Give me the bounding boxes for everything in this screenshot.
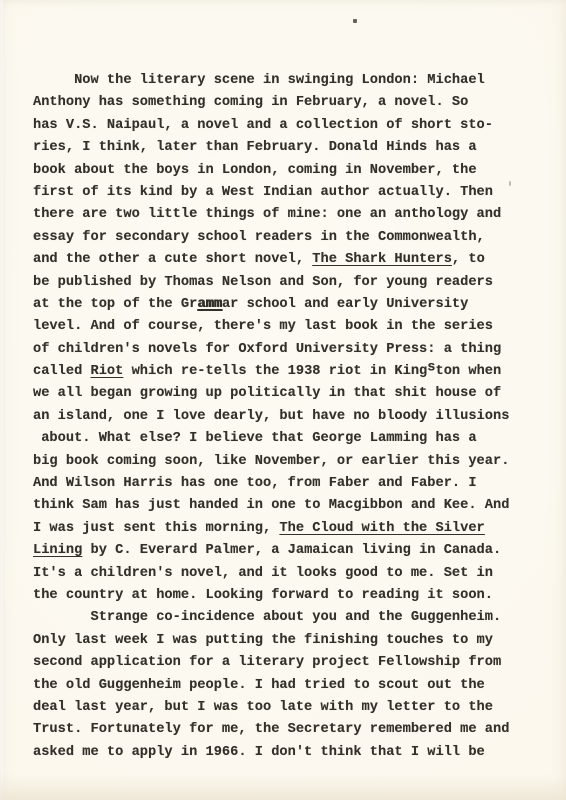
text-line: asked me to apply in 1966. I don't think… [33, 742, 552, 764]
text-line: Strange co-incidence about you and the G… [33, 607, 552, 629]
text-line: first of its kind by a West Indian autho… [33, 182, 552, 204]
text-line: Only last week I was putting the finishi… [33, 630, 552, 652]
text-segment: It's a children's novel, and it looks go… [33, 566, 493, 581]
text-line: book about the boys in London, coming in… [33, 160, 552, 182]
text-segment: be published by Thomas Nelson and Son, f… [33, 275, 493, 290]
text-segment: book about the boys in London, coming in… [33, 163, 477, 178]
text-line: Anthony has something coming in February… [33, 92, 552, 114]
text-segment: of children's novels for Oxford Universi… [33, 342, 501, 357]
text-segment: at the top of the Gr [33, 297, 197, 312]
text-line: deal last year, but I was too late with … [33, 697, 552, 719]
underlined-book-title: The Cloud with the Silver [279, 521, 484, 536]
overstruck-text: amm [197, 297, 222, 312]
text-line: level. And of course, there's my last bo… [33, 316, 552, 338]
text-line: an island, one I love dearly, but have n… [33, 406, 552, 428]
text-line: the country at home. Looking forward to … [33, 585, 552, 607]
text-segment: Trust. Fortunately for me, the Secretary… [33, 722, 509, 737]
text-line: Now the literary scene in swinging Londo… [33, 70, 552, 92]
text-line: called Riot which re-tells the 1938 riot… [33, 361, 552, 383]
text-line: Lining by C. Everard Palmer, a Jamaican … [33, 540, 552, 562]
text-segment: by C. Everard Palmer, a Jamaican living … [82, 543, 501, 558]
text-line: and the other a cute short novel, The Sh… [33, 249, 552, 271]
text-line: has V.S. Naipaul, a novel and a collecti… [33, 115, 552, 137]
underlined-book-title: Lining [33, 543, 82, 558]
text-line: It's a children's novel, and it looks go… [33, 563, 552, 585]
text-segment: ar school and early University [222, 297, 468, 312]
text-segment: Anthony has something coming in February… [33, 95, 468, 110]
text-segment: think Sam has just handed in one to Macg… [33, 498, 509, 513]
text-segment: essay for secondary school readers in th… [33, 230, 485, 245]
text-line: we all began growing up politically in t… [33, 383, 552, 405]
text-segment: called [33, 364, 91, 379]
text-segment: Now the literary scene in swinging Londo… [33, 73, 485, 88]
text-line: be published by Thomas Nelson and Son, f… [33, 272, 552, 294]
text-segment: Only last week I was putting the finishi… [33, 633, 493, 648]
text-line: essay for secondary school readers in th… [33, 227, 552, 249]
text-segment: big book coming soon, like November, or … [33, 454, 509, 469]
text-segment: ries, I think, later than February. Dona… [33, 140, 477, 155]
text-line: big book coming soon, like November, or … [33, 451, 552, 473]
letter-body: Now the literary scene in swinging Londo… [33, 70, 552, 764]
text-line: second application for a literary projec… [33, 652, 552, 674]
scan-edge-shading [0, 774, 566, 800]
text-line: ries, I think, later than February. Dona… [33, 137, 552, 159]
text-segment: asked me to apply in 1966. I don't think… [33, 745, 485, 760]
underlined-book-title: Riot [91, 364, 124, 379]
text-line: about. What else? I believe that George … [33, 428, 552, 450]
text-segment: first of its kind by a West Indian autho… [33, 185, 493, 200]
text-segment: has V.S. Naipaul, a novel and a collecti… [33, 118, 493, 133]
text-segment: ton when [436, 364, 502, 379]
text-segment: , to [452, 252, 485, 267]
text-line: of children's novels for Oxford Universi… [33, 339, 552, 361]
text-line: there are two little things of mine: one… [33, 204, 552, 226]
text-line: And Wilson Harris has one too, from Fabe… [33, 473, 552, 495]
text-segment: which re-tells the 1938 riot in King [123, 364, 427, 379]
text-segment: deal last year, but I was too late with … [33, 700, 493, 715]
raised-character: s [427, 358, 435, 380]
underlined-book-title: The Shark Hunters [312, 252, 452, 267]
text-line: Trust. Fortunately for me, the Secretary… [33, 719, 552, 741]
text-segment: an island, one I love dearly, but have n… [33, 409, 509, 424]
text-segment: the old Guggenheim people. I had tried t… [33, 678, 485, 693]
letter-page: Now the literary scene in swinging Londo… [0, 0, 566, 800]
stray-ink-dot [353, 19, 357, 23]
text-line: the old Guggenheim people. I had tried t… [33, 675, 552, 697]
text-segment: there are two little things of mine: one… [33, 207, 501, 222]
text-line: think Sam has just handed in one to Macg… [33, 495, 552, 517]
text-segment: the country at home. Looking forward to … [33, 588, 493, 603]
text-segment: Strange co-incidence about you and the G… [33, 610, 501, 625]
text-line: at the top of the Grammar school and ear… [33, 294, 552, 316]
text-segment: And Wilson Harris has one too, from Fabe… [33, 476, 477, 491]
text-line: I was just sent this morning, The Cloud … [33, 518, 552, 540]
text-segment: about. What else? I believe that George … [33, 431, 477, 446]
text-segment: I was just sent this morning, [33, 521, 279, 536]
text-segment: and the other a cute short novel, [33, 252, 312, 267]
text-segment: second application for a literary projec… [33, 655, 501, 670]
text-segment: we all began growing up politically in t… [33, 386, 501, 401]
text-segment: level. And of course, there's my last bo… [33, 319, 493, 334]
